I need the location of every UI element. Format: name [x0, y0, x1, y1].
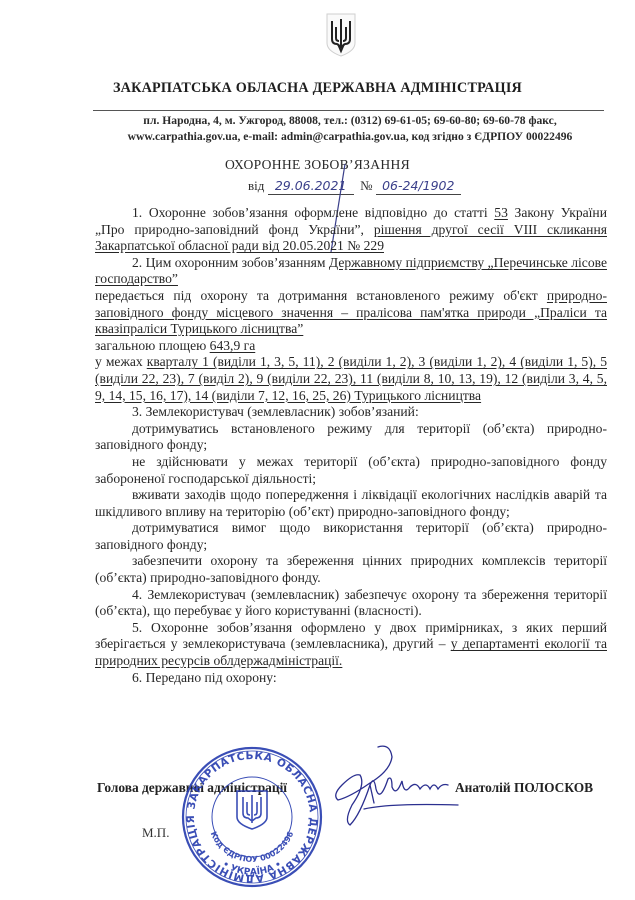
document-body: 1. Охоронне зобов’язання оформлене відпо… [95, 205, 607, 686]
number-prefix: № [360, 178, 372, 193]
official-stamp-icon: ЗАКАРПАТСЬКА ОБЛАСНА ДЕРЖАВНА АДМІНІСТРА… [180, 745, 324, 889]
contacts-web-line: www.carpathia.gov.ua, e-mail: admin@carp… [90, 129, 610, 145]
section-2: 2. Цим охоронним зобов’язанням Державном… [95, 255, 607, 288]
handwritten-signature [330, 745, 460, 830]
signer-name: Анатолій ПОЛОСКОВ [455, 780, 593, 796]
number-field: 06-24/1902 [376, 178, 461, 195]
header-divider [93, 110, 604, 111]
duty-item: забезпечити охорону та збереження цінних… [95, 553, 607, 586]
duty-item: дотримуватись встановленого режиму для т… [95, 421, 607, 454]
section-4: 4. Землекористувач (землевласник) забезп… [95, 587, 607, 620]
section-1: 1. Охоронне зобов’язання оформлене відпо… [95, 205, 607, 255]
date-prefix: від [248, 178, 264, 193]
contacts-address-line: пл. Народна, 4, м. Ужгород, 88008, тел.:… [90, 113, 610, 129]
article-number: 53 [494, 205, 508, 220]
duty-item: дотримуватися вимог щодо використання те… [95, 520, 607, 553]
section-6: 6. Передано під охорону: [95, 670, 607, 687]
trident-coat-of-arms-icon [326, 13, 356, 57]
organization-name: ЗАКАРПАТСЬКА ОБЛАСНА ДЕРЖАВНА АДМІНІСТРА… [0, 80, 635, 97]
handwritten-number: 06-24/1902 [382, 178, 454, 193]
section-3-heading: 3. Землекористувач (землевласник) зобов’… [95, 404, 607, 421]
svg-text:Код ЄДРПОУ 00022496: Код ЄДРПОУ 00022496 [209, 830, 296, 864]
section-2-area: загальною площею 643,9 га [95, 338, 607, 355]
area-value: 643,9 га [210, 338, 256, 353]
duty-item: вживати заходів щодо попередження і лікв… [95, 487, 607, 520]
section-2-transfer: передається під охорону та дотримання вс… [95, 288, 607, 338]
seal-mark: М.П. [142, 825, 169, 841]
section-2-bounds: у межах кварталу 1 (виділи 1, 3, 5, 11),… [95, 354, 607, 404]
stamp-code-text: Код ЄДРПОУ 00022496 [209, 830, 296, 864]
section-5: 5. Охоронне зобов’язання оформлено у дво… [95, 620, 607, 670]
forest-quarters: кварталу 1 (виділи 1, 3, 5, 11), 2 (виді… [95, 354, 607, 402]
duty-item: не здійснювати у межах території (об’єкт… [95, 454, 607, 487]
organization-contacts: пл. Народна, 4, м. Ужгород, 88008, тел.:… [90, 113, 610, 144]
